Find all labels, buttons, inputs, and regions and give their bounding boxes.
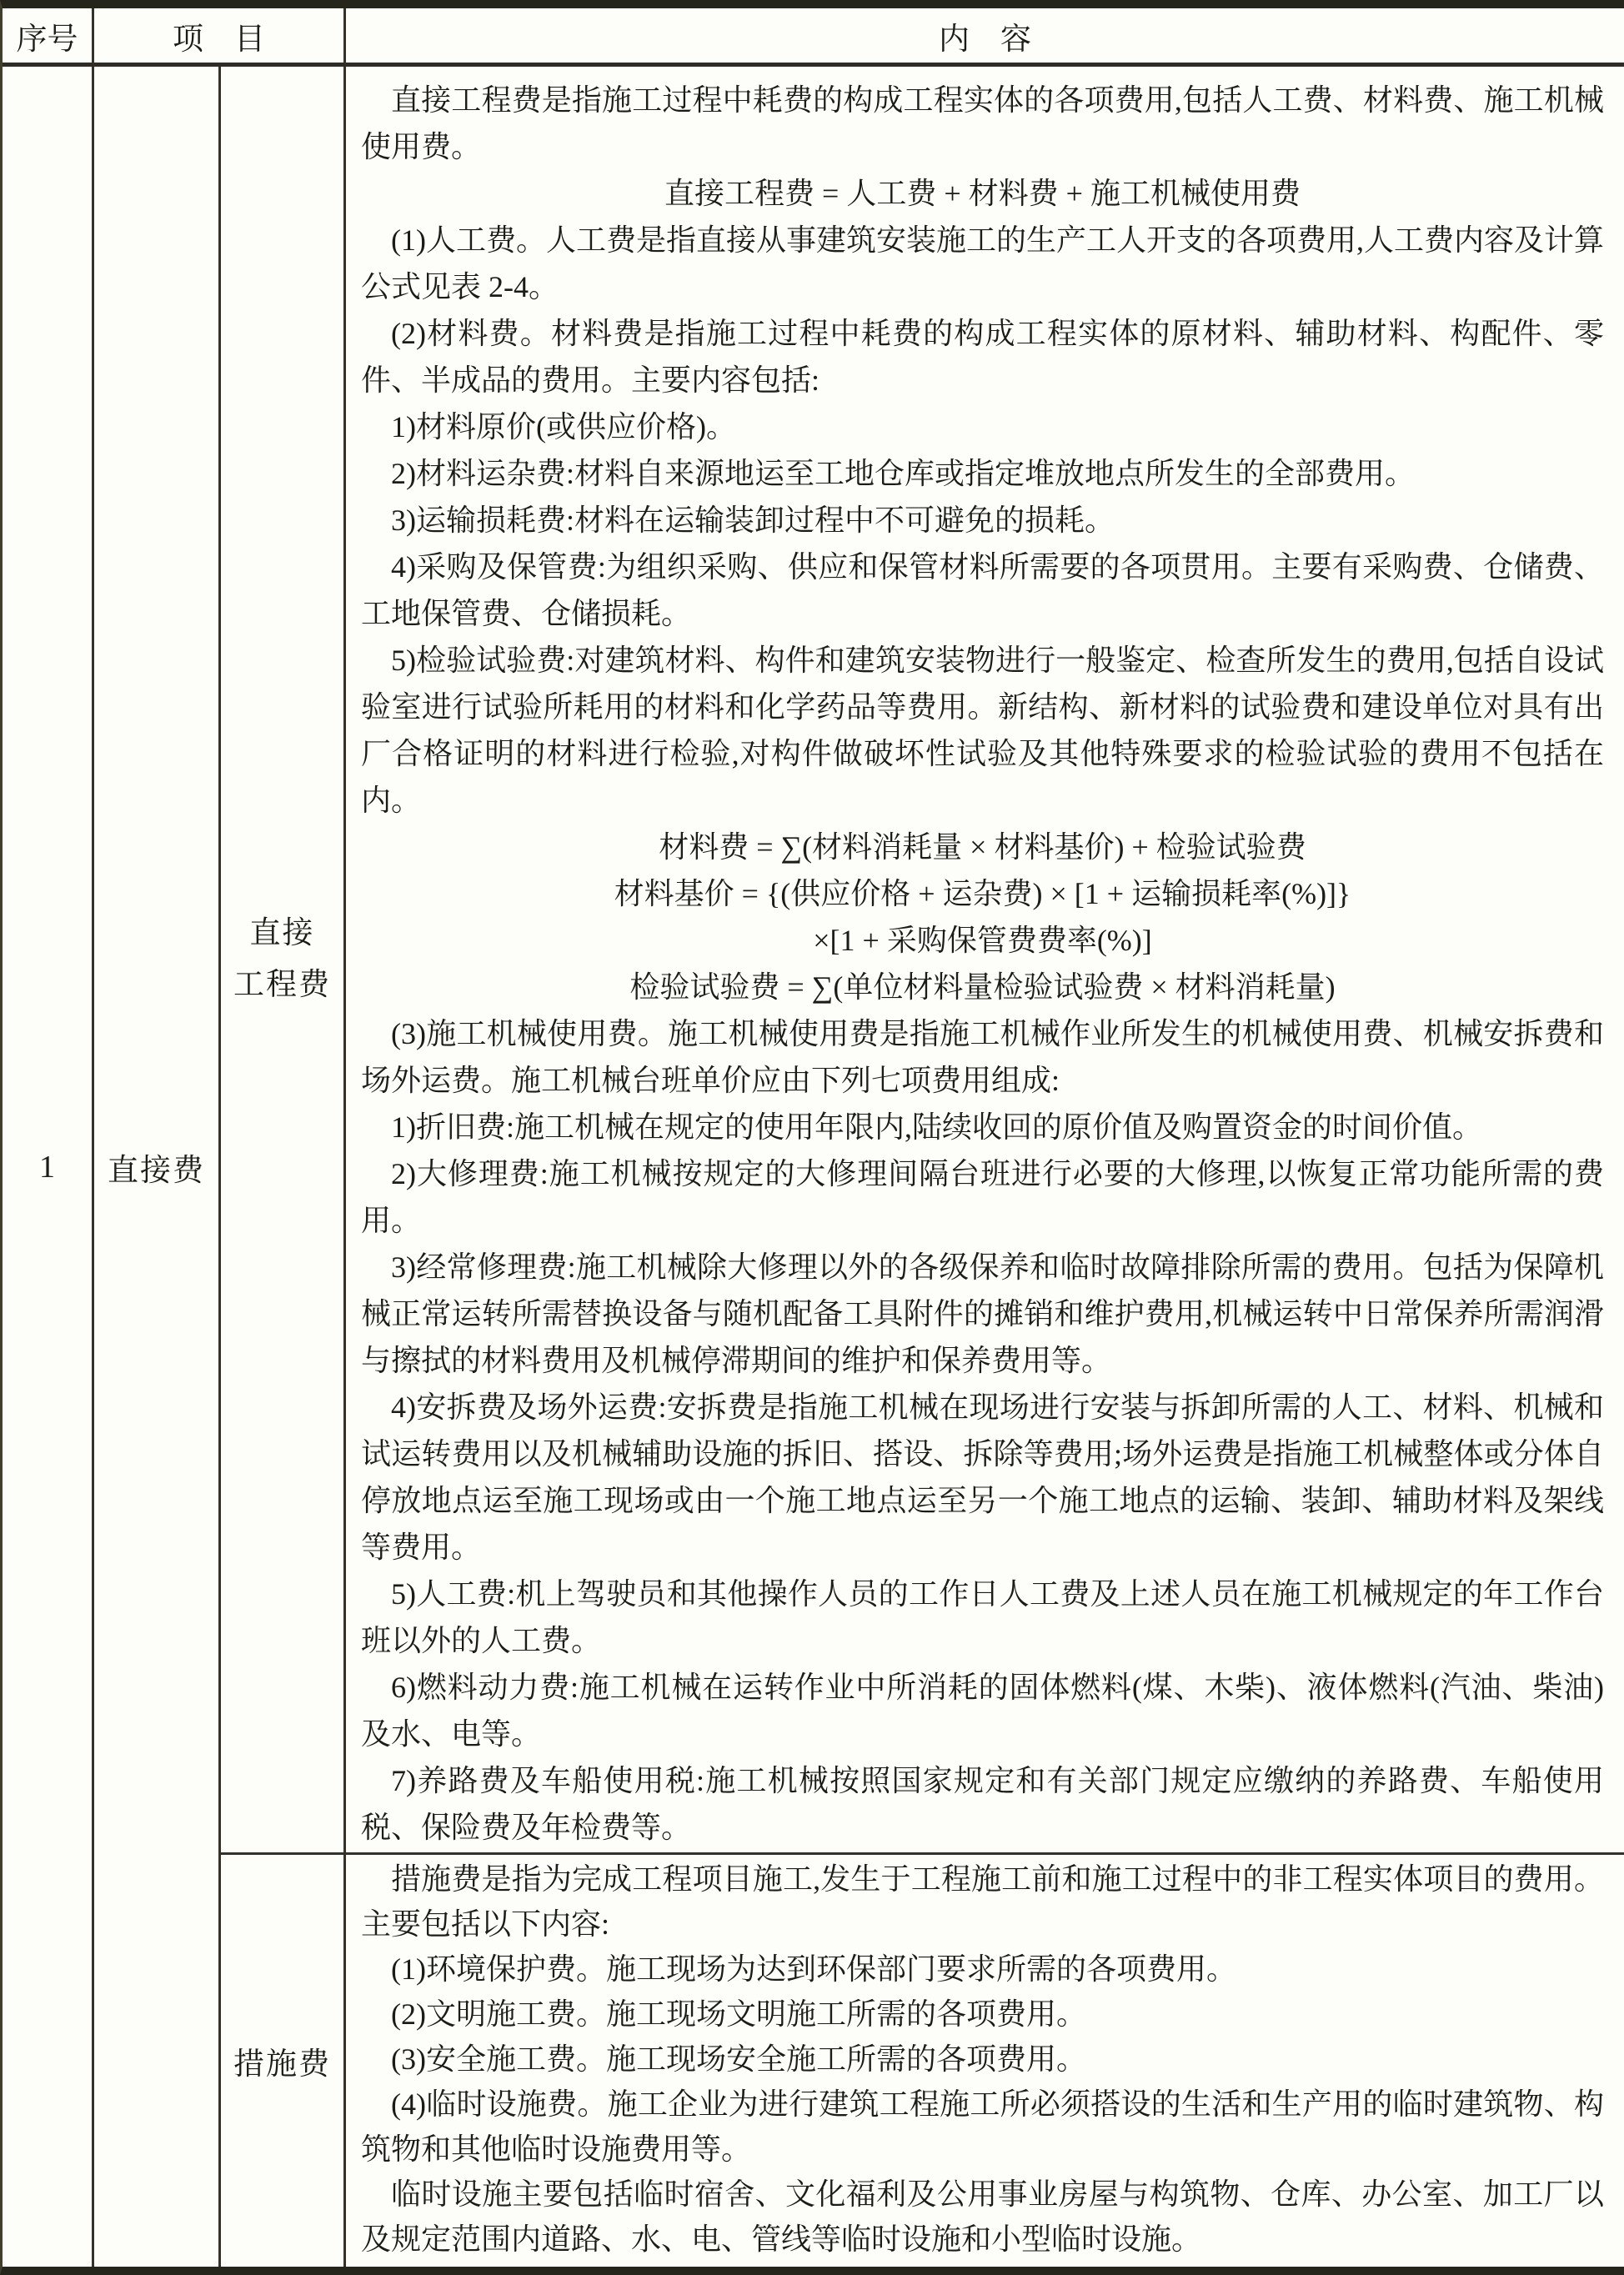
formula-line: 直接工程费 = 人工费 + 材料费 + 施工机械使用费 — [361, 170, 1604, 217]
paragraph: 3)运输损耗费:材料在运输装卸过程中不可避免的损耗。 — [361, 497, 1604, 544]
paragraph: 直接工程费是指施工过程中耗费的构成工程实体的各项费用,包括人工费、材料费、施工机… — [361, 77, 1604, 170]
cost-items-table: 序号 项 目 内 容 1 直接费 直接 工程费 直接工程费是指施工过程中耗费的构… — [0, 0, 1624, 2275]
paragraph: (1)人工费。人工费是指直接从事建筑安装施工的生产工人开支的各项费用,人工费内容… — [361, 217, 1604, 310]
paragraph: (2)文明施工费。施工现场文明施工所需的各项费用。 — [361, 1992, 1604, 2037]
paragraph: 4)采购及保管费:为组织采购、供应和保管材料所需要的各项贯用。主要有采购费、仓储… — [361, 544, 1604, 637]
content-direct-engineering-fee: 直接工程费是指施工过程中耗费的构成工程实体的各项费用,包括人工费、材料费、施工机… — [346, 67, 1624, 1855]
paragraph: (3)施工机械使用费。施工机械使用费是指施工机械作业所发生的机械使用费、机械安拆… — [361, 1010, 1604, 1104]
paragraph: 7)养路费及车船使用税:施工机械按照国家规定和有关部门规定应缴纳的养路费、车船使… — [361, 1757, 1604, 1851]
paragraph: (3)安全施工费。施工现场安全施工所需的各项费用。 — [361, 2037, 1604, 2082]
subitem-line-1: 直接 — [250, 916, 315, 950]
paragraph: 5)人工费:机上驾驶员和其他操作人员的工作日人工费及上述人员在施工机械规定的年工… — [361, 1571, 1604, 1664]
paragraph: (2)材料费。材料费是指施工过程中耗费的构成工程实体的原材料、辅助材料、构配件、… — [361, 310, 1604, 403]
formula-line: 检验试验费 = ∑(单位材料量检验试验费 × 材料消耗量) — [361, 964, 1604, 1010]
serial-number-value: 1 — [39, 1149, 55, 1185]
paragraph: 1)折旧费:施工机械在规定的使用年限内,陆续收回的原价值及购置资金的时间价值。 — [361, 1104, 1604, 1150]
paragraph: 1)材料原价(或供应价格)。 — [361, 403, 1604, 450]
content-measures-fee: 措施费是指为完成工程项目施工,发生于工程施工前和施工过程中的非工程实体项目的费用… — [346, 1855, 1624, 2267]
subitem-label-direct-engineering-fee: 直接 工程费 — [233, 908, 331, 1011]
paragraph: 措施费是指为完成工程项目施工,发生于工程施工前和施工过程中的非工程实体项目的费用… — [361, 1857, 1604, 1947]
paragraph: 4)安拆费及场外运费:安拆费是指施工机械在现场进行安装与拆卸所需的人工、材料、机… — [361, 1384, 1604, 1571]
formula-line: 材料基价 = {(供应价格 + 运杂费) × [1 + 运输损耗率(%)]} — [361, 870, 1604, 917]
item-label: 直接费 — [108, 1145, 205, 1190]
cell-subitem-direct-engineering-fee: 直接 工程费 — [221, 67, 346, 1855]
header-label-serial: 序号 — [17, 13, 78, 58]
header-cell-content: 内 容 — [346, 8, 1624, 67]
cell-subitem-measures-fee: 措施费 — [221, 1855, 346, 2267]
paragraph: 临时设施主要包括临时宿舍、文化福利及公用事业房屋与构筑物、仓库、办公室、加工厂以… — [361, 2172, 1604, 2262]
paragraph: (1)环境保护费。施工现场为达到环保部门要求所需的各项费用。 — [361, 1947, 1604, 1992]
formula-line: 材料费 = ∑(材料消耗量 × 材料基价) + 检验试验费 — [361, 824, 1604, 870]
paragraph: (4)临时设施费。施工企业为进行建筑工程施工所必须搭设的生活和生产用的临时建筑物… — [361, 2082, 1604, 2172]
paragraph: 2)材料运杂费:材料自来源地运至工地仓库或指定堆放地点所发生的全部费用。 — [361, 450, 1604, 497]
paragraph: 6)燃料动力费:施工机械在运转作业中所消耗的固体燃料(煤、木柴)、液体燃料(汽油… — [361, 1664, 1604, 1757]
header-cell-serial-number: 序号 — [3, 8, 94, 67]
paragraph: 2)大修理费:施工机械按规定的大修理间隔台班进行必要的大修理,以恢复正常功能所需… — [361, 1150, 1604, 1244]
header-cell-item: 项 目 — [94, 8, 346, 67]
header-label-content: 内 容 — [939, 13, 1031, 58]
cell-serial-number: 1 — [3, 67, 94, 2267]
cell-item-direct-cost: 直接费 — [94, 67, 221, 2267]
subitem-label-measures-fee: 措施费 — [233, 2038, 331, 2083]
subitem-line-2: 工程费 — [233, 968, 331, 1002]
header-label-item: 项 目 — [173, 13, 265, 58]
formula-line: ×[1 + 采购保管费费率(%)] — [361, 917, 1604, 964]
paragraph: 5)检验试验费:对建筑材料、构件和建筑安装物进行一般鉴定、检查所发生的费用,包括… — [361, 637, 1604, 824]
paragraph: 3)经常修理费:施工机械除大修理以外的各级保养和临时故障排除所需的费用。包括为保… — [361, 1244, 1604, 1384]
